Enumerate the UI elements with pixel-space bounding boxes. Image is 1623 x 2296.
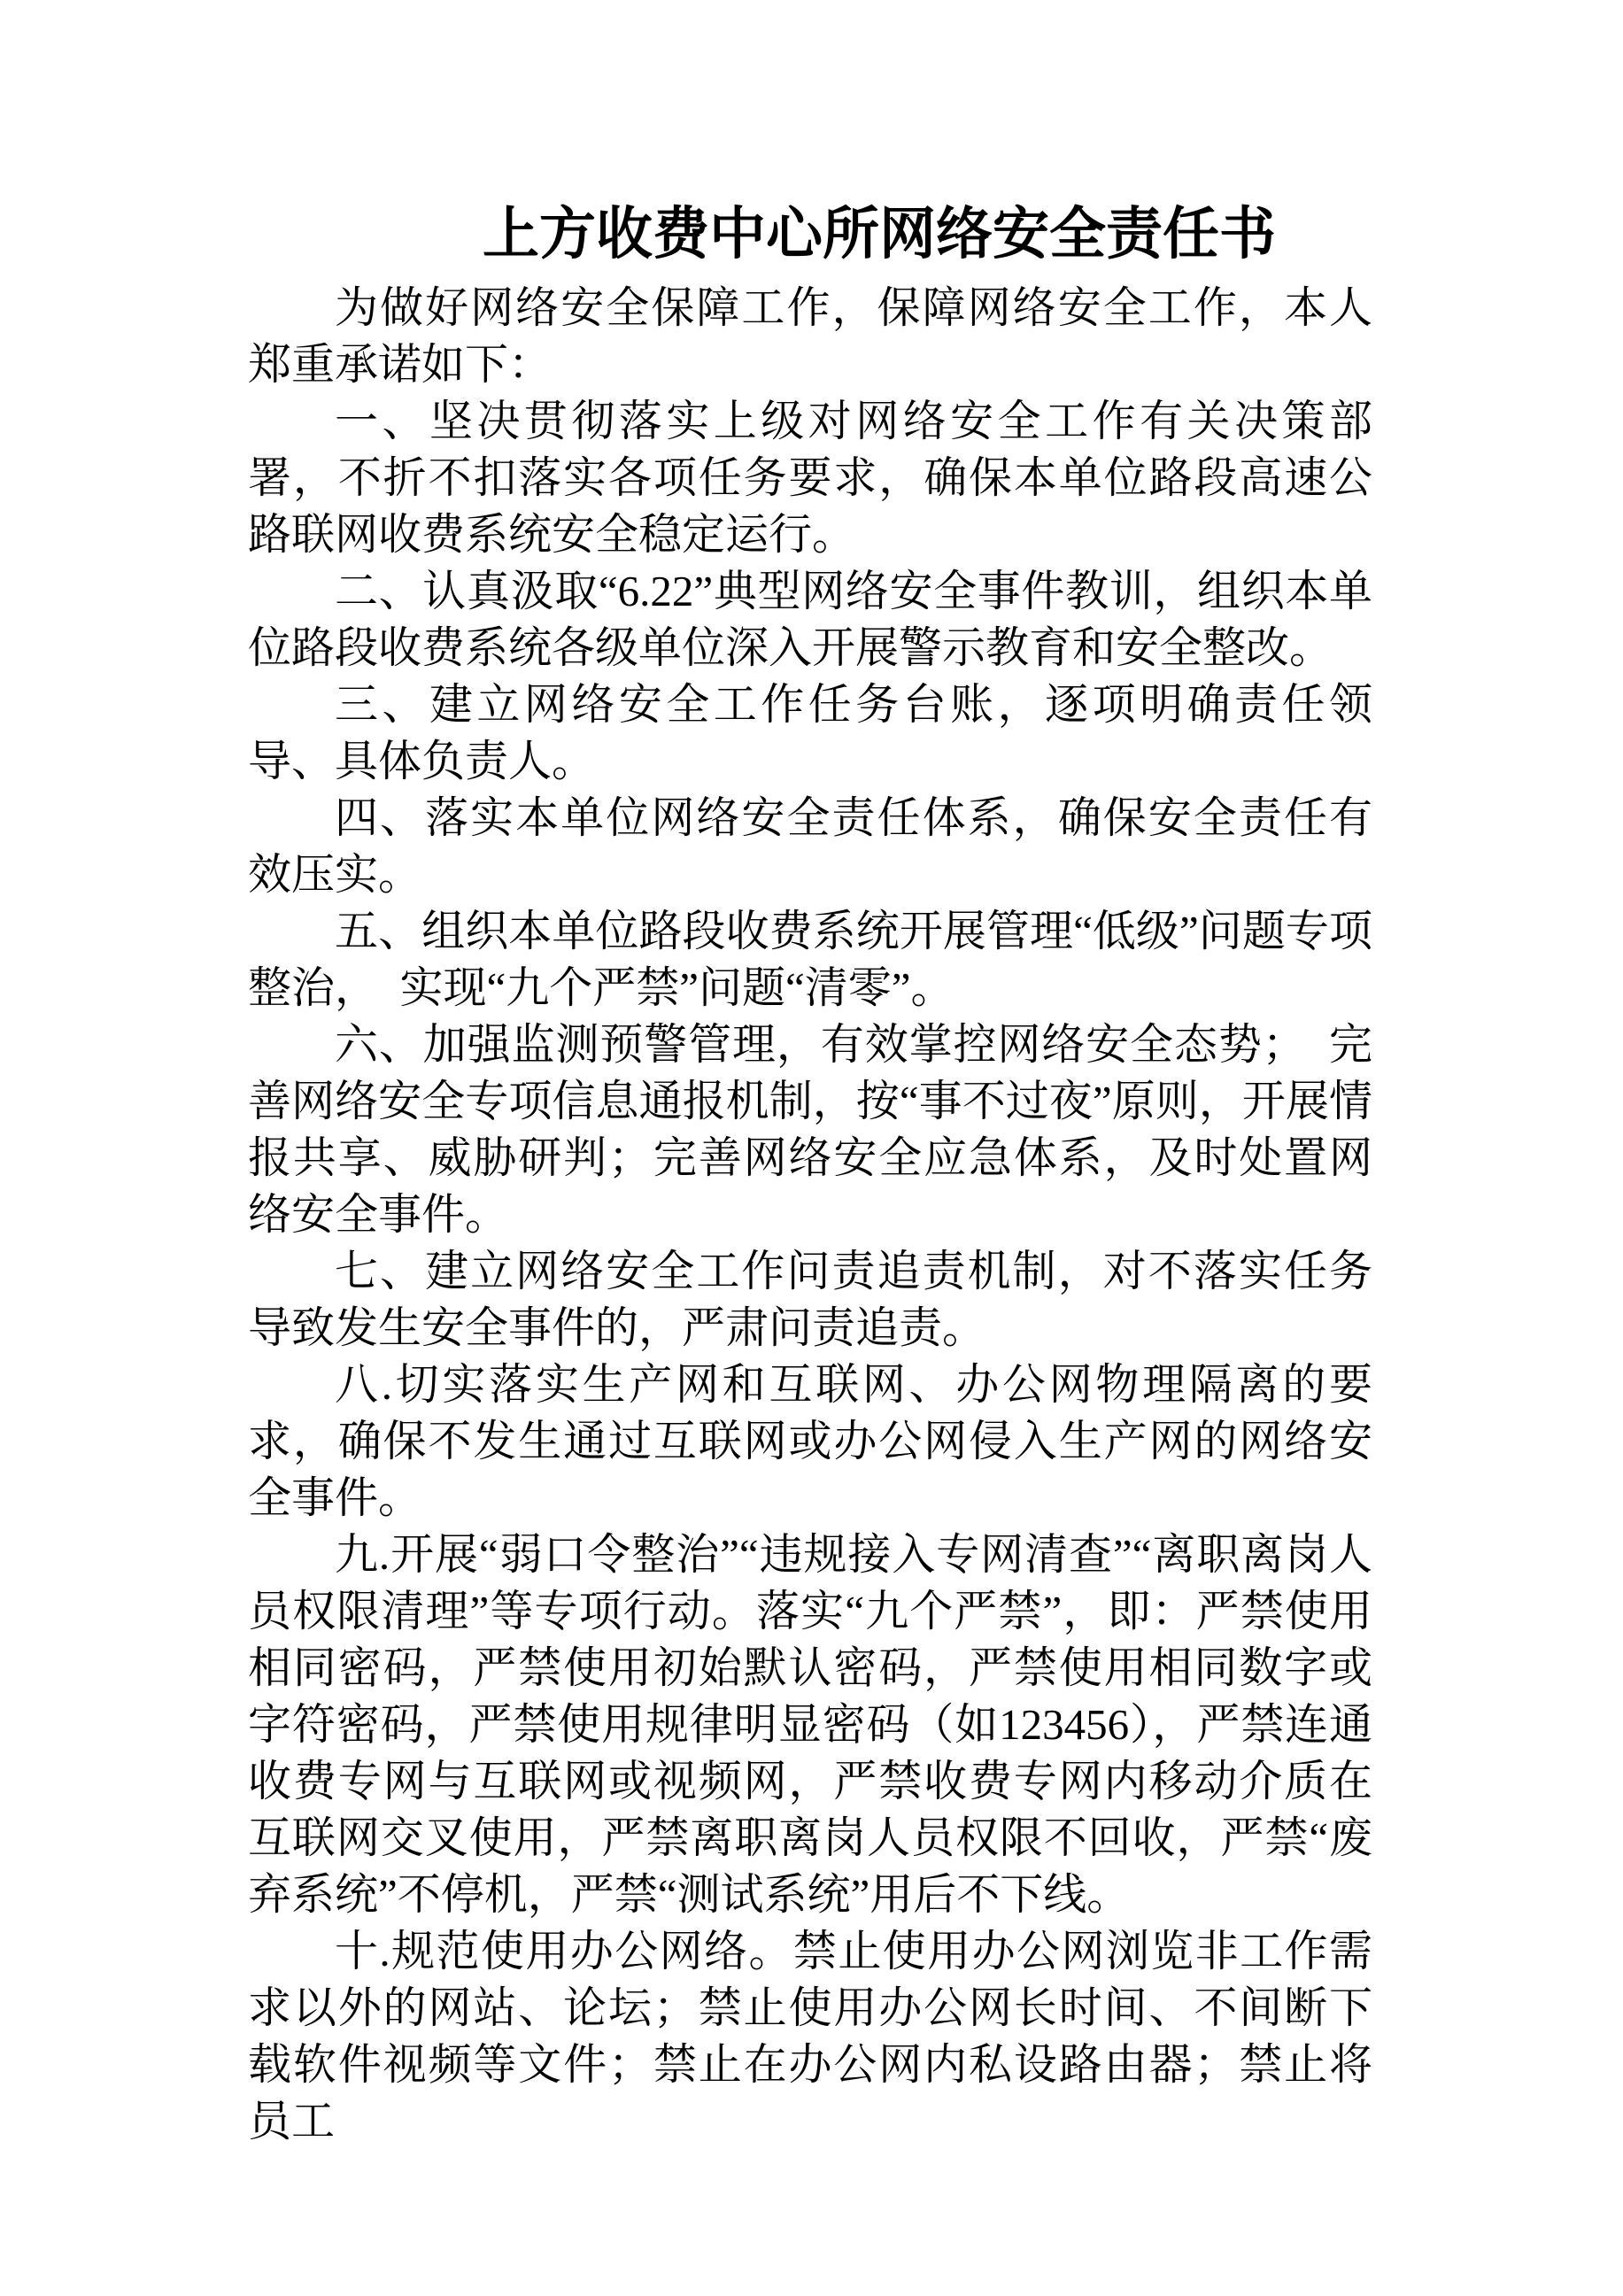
- paragraph: 七、建立网络安全工作问责追责机制，对不落实任务导致发生安全事件的，严肃问责追责。: [248, 1243, 1372, 1357]
- paragraph: 为做好网络安全保障工作，保障网络安全工作，本人郑重承诺如下：: [248, 280, 1372, 393]
- paragraph: 六、加强监测预警管理，有效掌控网络安全态势； 完善网络安全专项信息通报机制，按“…: [248, 1017, 1372, 1243]
- paragraph: 二、认真汲取“6.22”典型网络安全事件教训，组织本单位路段收费系统各级单位深入…: [248, 563, 1372, 676]
- paragraph: 十.规范使用办公网络。禁止使用办公网浏览非工作需求以外的网站、论坛；禁止使用办公…: [248, 1923, 1372, 2150]
- paragraph: 九.开展“弱口令整治”“违规接入专网清查”“离职离岗人员权限清理”等专项行动。落…: [248, 1527, 1372, 1923]
- paragraph: 五、组织本单位路段收费系统开展管理“低级”问题专项整治， 实现“九个严禁”问题“…: [248, 903, 1372, 1017]
- paragraph: 八.切实落实生产网和互联网、办公网物理隔离的要求，确保不发生通过互联网或办公网侵…: [248, 1357, 1372, 1527]
- document-title: 上方收费中心所网络安全责任书: [317, 197, 1441, 273]
- document-body: 为做好网络安全保障工作，保障网络安全工作，本人郑重承诺如下： 一、坚决贯彻落实上…: [248, 280, 1372, 2150]
- paragraph: 四、落实本单位网络安全责任体系，确保安全责任有效压实。: [248, 790, 1372, 903]
- paragraph: 一、坚决贯彻落实上级对网络安全工作有关决策部署，不折不扣落实各项任务要求，确保本…: [248, 393, 1372, 563]
- document-page: 上方收费中心所网络安全责任书 为做好网络安全保障工作，保障网络安全工作，本人郑重…: [0, 0, 1623, 2296]
- paragraph: 三、建立网络安全工作任务台账，逐项明确责任领导、具体负责人。: [248, 676, 1372, 790]
